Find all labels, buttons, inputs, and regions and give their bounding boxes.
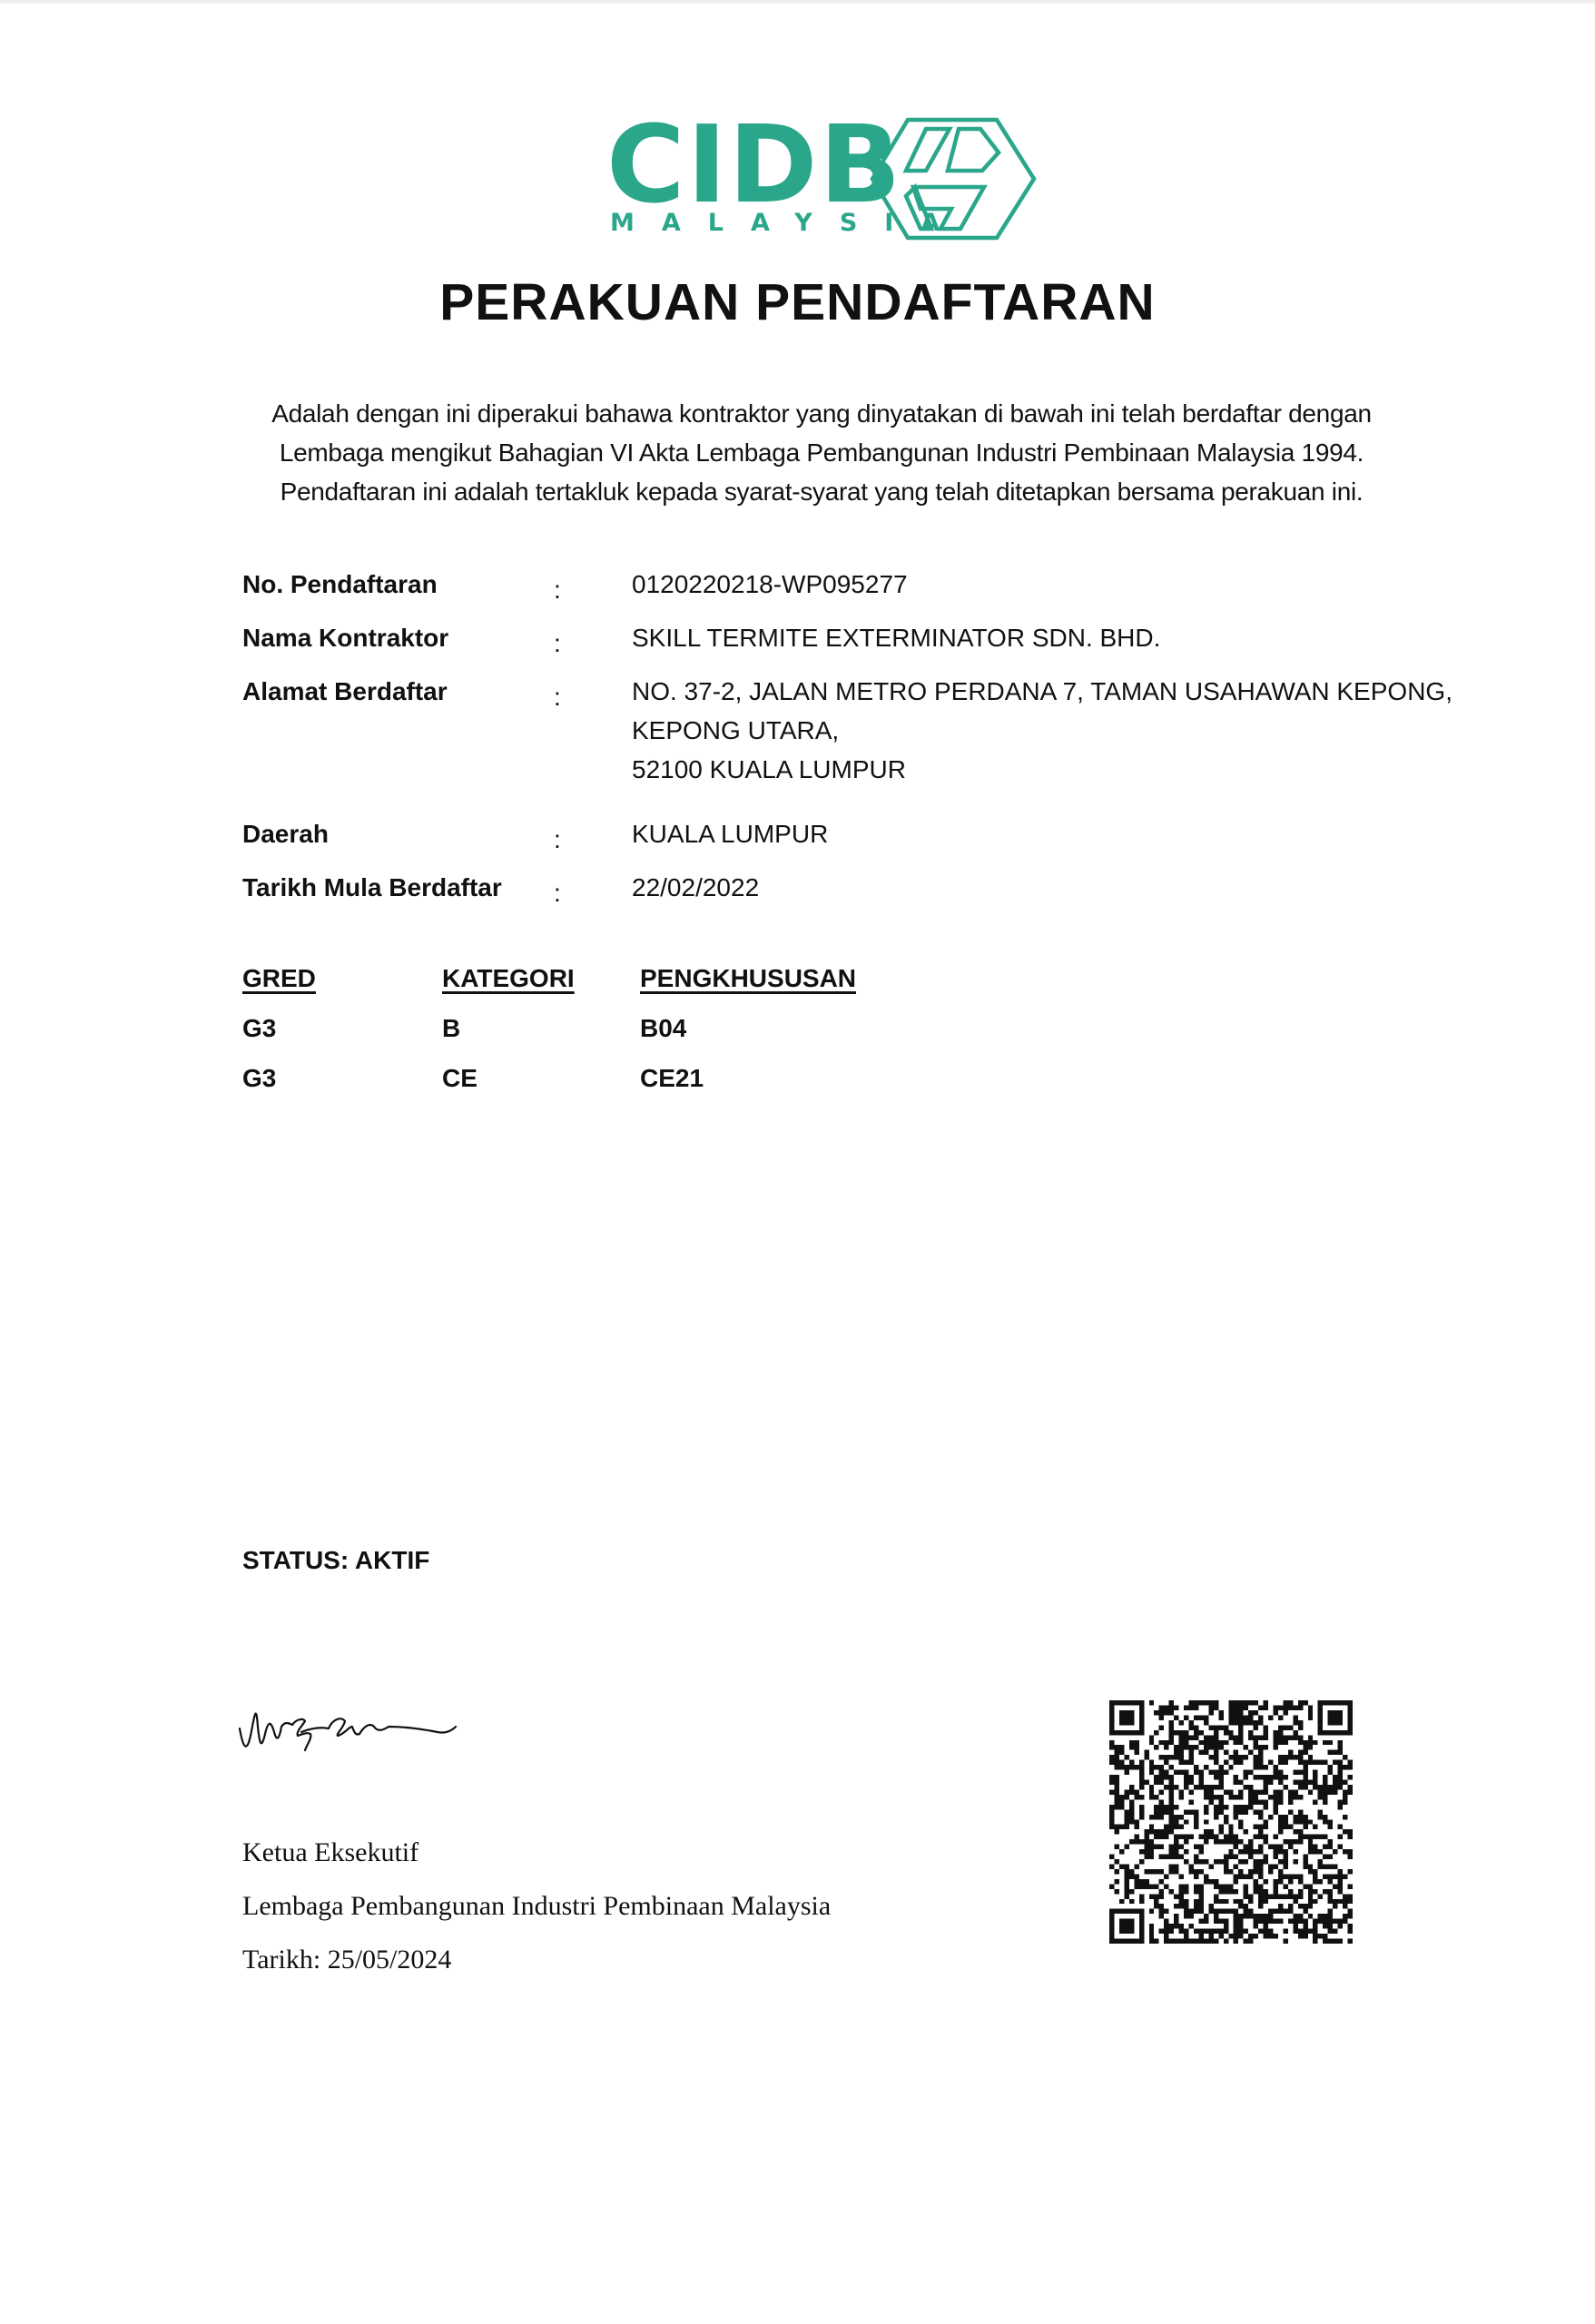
cell-category: CE: [442, 1064, 478, 1093]
issue-date: Tarikh: 25/05/2024: [242, 1933, 831, 1986]
intro-paragraph: Adalah dengan ini diperakui bahawa kontr…: [182, 394, 1462, 511]
field-label: Daerah: [242, 814, 329, 853]
intro-line: Pendaftaran ini adalah tertakluk kepada …: [182, 472, 1462, 511]
field-label: Tarikh Mula Berdaftar: [242, 868, 502, 907]
cell-specialization: B04: [640, 1014, 686, 1043]
page-title: PERAKUAN PENDAFTARAN: [0, 277, 1595, 329]
field-colon: :: [554, 624, 561, 663]
field-label: Nama Kontraktor: [242, 618, 448, 657]
signer-organization: Lembaga Pembangunan Industri Pembinaan M…: [242, 1879, 831, 1933]
cell-grade: G3: [242, 1014, 276, 1043]
address-line: KEPONG UTARA,: [632, 711, 1452, 750]
field-label: No. Pendaftaran: [242, 565, 438, 604]
qr-code-icon: [1109, 1700, 1353, 1944]
signer-position: Ketua Eksekutif: [242, 1826, 831, 1879]
header-category: KATEGORI: [442, 964, 575, 993]
field-colon: :: [554, 677, 561, 716]
signer-block: Ketua Eksekutif Lembaga Pembangunan Indu…: [242, 1826, 831, 1986]
cidb-logo: CIDB MALAYSIA: [606, 116, 1042, 243]
field-value: 0120220218-WP095277: [632, 565, 908, 604]
intro-line: Lembaga mengikut Bahagian VI Akta Lembag…: [182, 433, 1462, 472]
field-colon: :: [554, 570, 561, 609]
field-colon: :: [554, 820, 561, 859]
field-label: Alamat Berdaftar: [242, 672, 448, 711]
header-grade: GRED: [242, 964, 316, 993]
field-colon: :: [554, 873, 561, 912]
cidb-hexagon-mark-icon: [870, 116, 1038, 241]
header-specialization: PENGKHUSUSAN: [640, 964, 856, 993]
field-value: NO. 37-2, JALAN METRO PERDANA 7, TAMAN U…: [632, 672, 1452, 789]
logo-wordmark: CIDB: [606, 111, 902, 218]
cell-specialization: CE21: [640, 1064, 704, 1093]
field-value: 22/02/2022: [632, 868, 759, 907]
status-badge: STATUS: AKTIF: [242, 1546, 429, 1575]
page-top-edge: [0, 0, 1595, 4]
cell-category: B: [442, 1014, 460, 1043]
signature-icon: [238, 1699, 528, 1763]
field-value: KUALA LUMPUR: [632, 814, 828, 853]
address-line: NO. 37-2, JALAN METRO PERDANA 7, TAMAN U…: [632, 672, 1452, 711]
intro-line: Adalah dengan ini diperakui bahawa kontr…: [182, 394, 1462, 433]
cell-grade: G3: [242, 1064, 276, 1093]
address-line: 52100 KUALA LUMPUR: [632, 750, 1452, 789]
field-value: SKILL TERMITE EXTERMINATOR SDN. BHD.: [632, 618, 1160, 657]
